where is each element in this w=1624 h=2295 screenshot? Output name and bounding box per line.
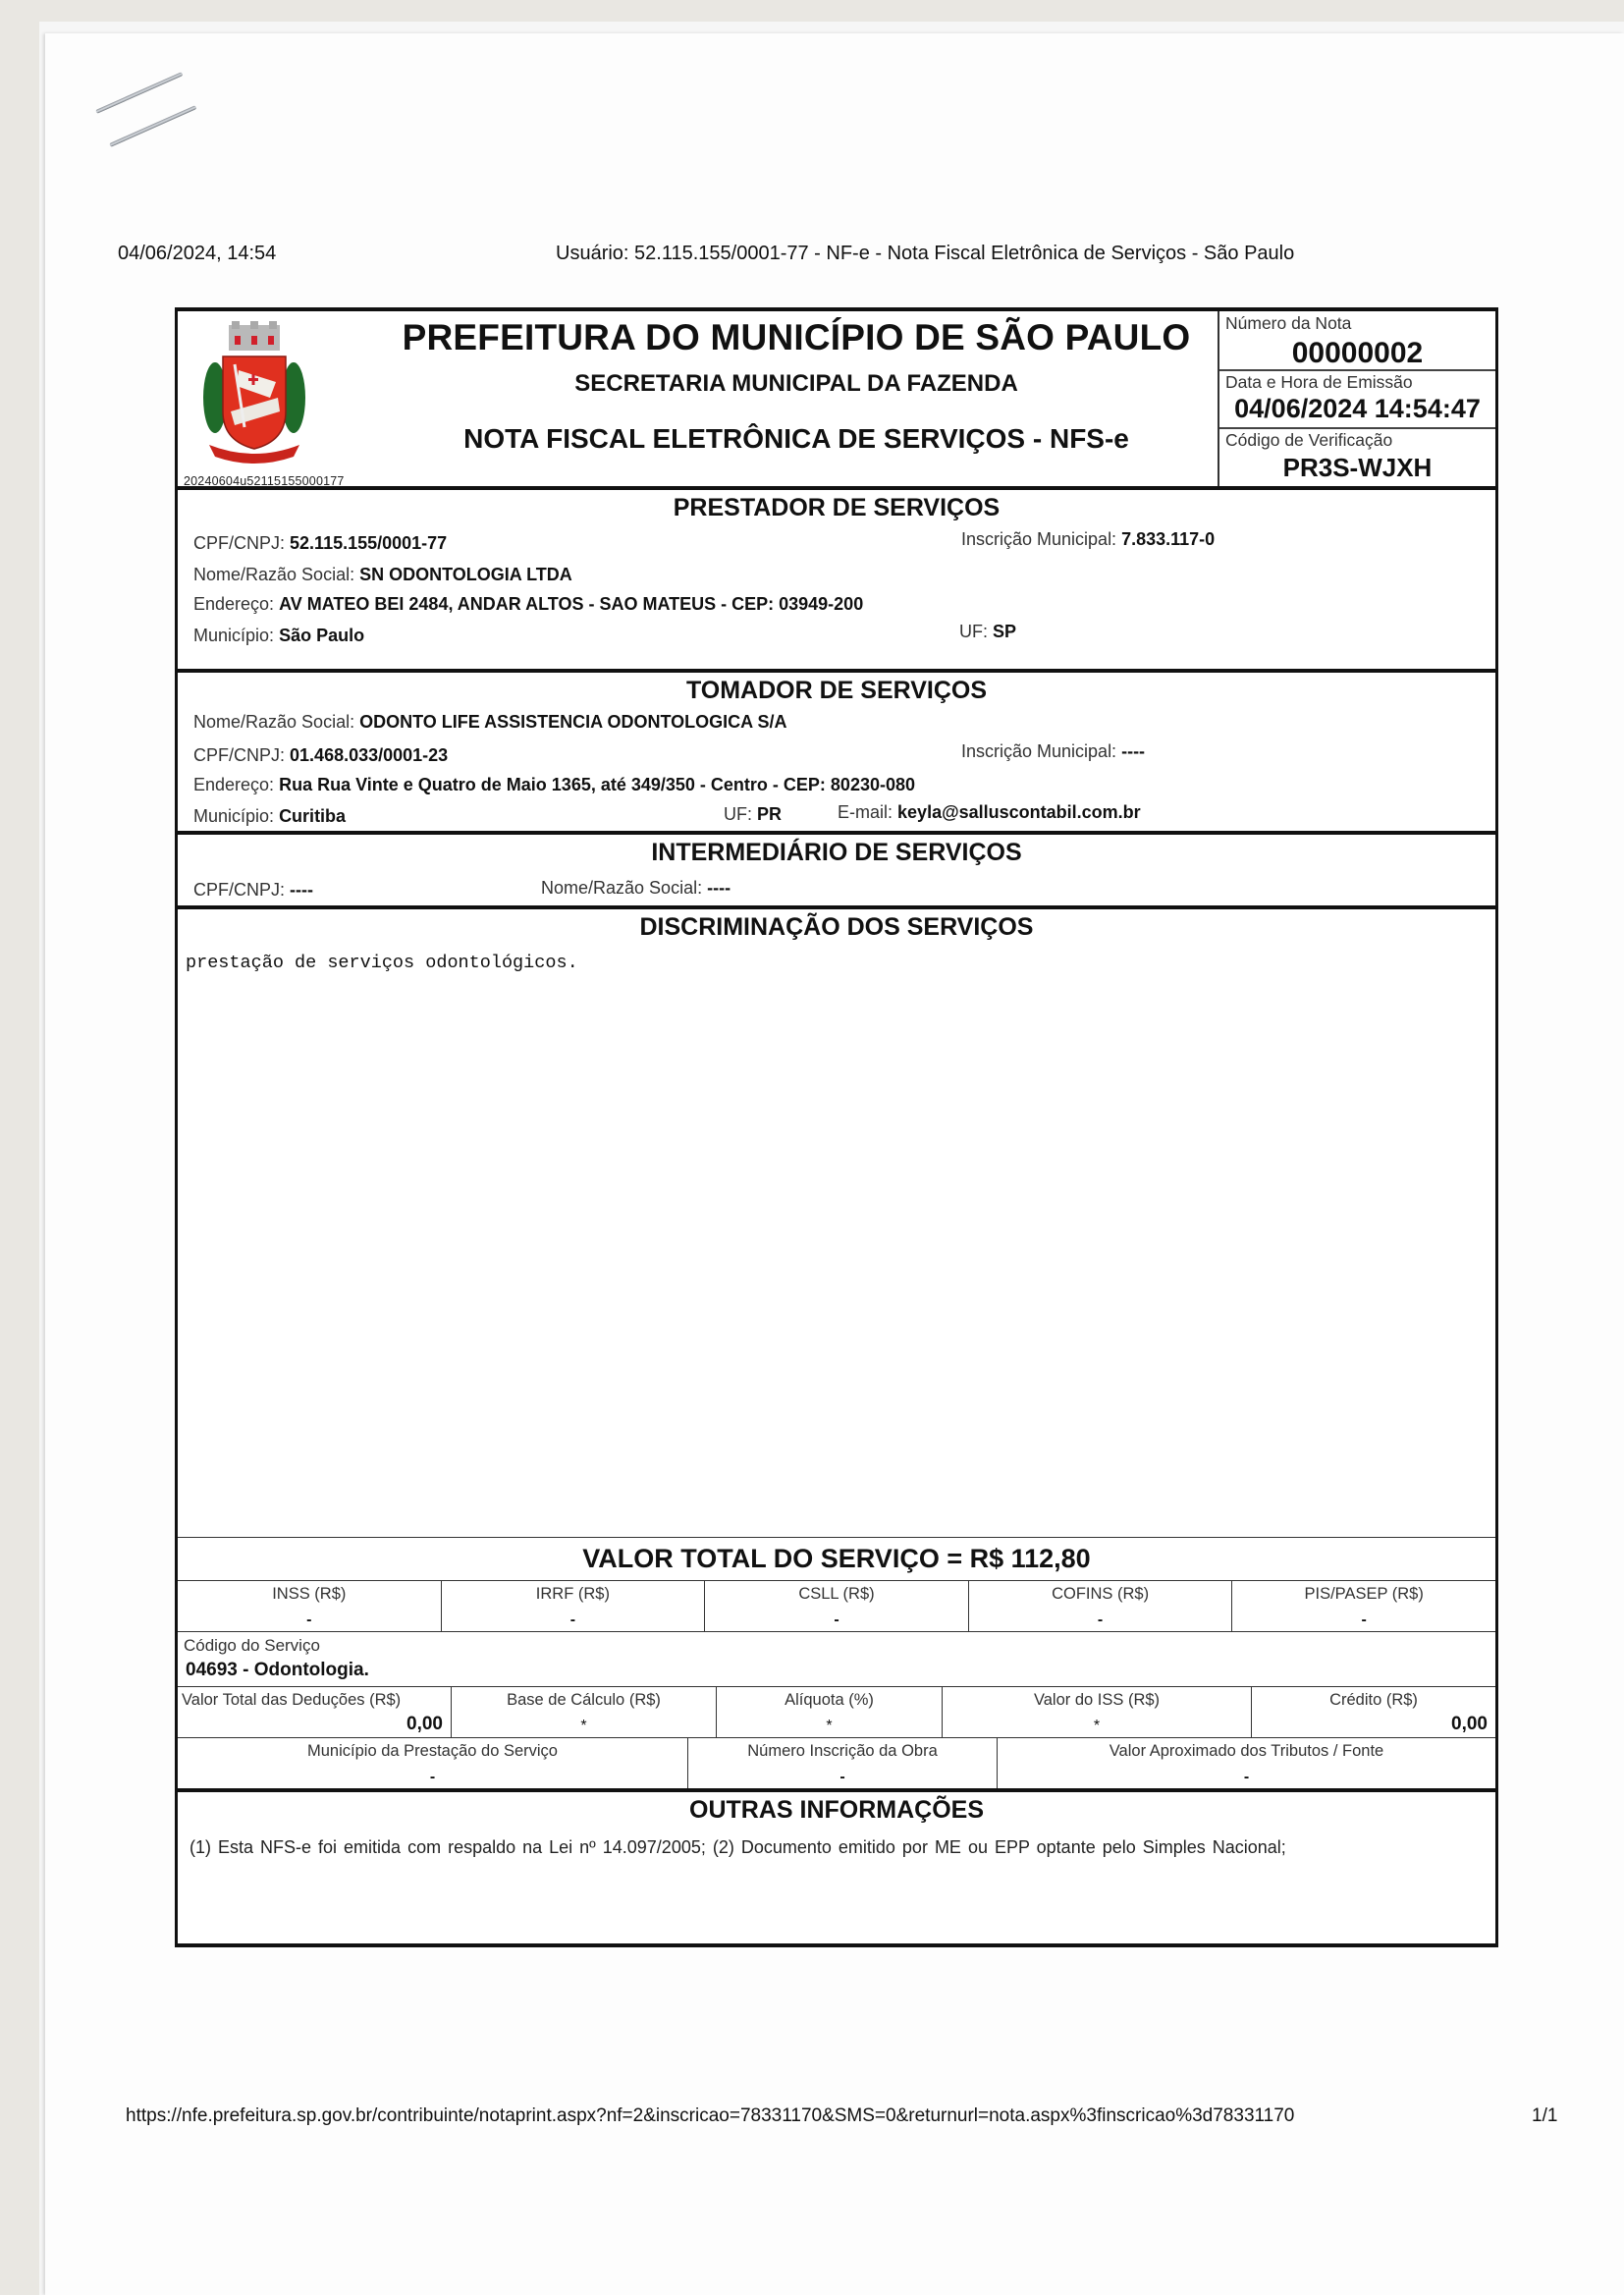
nota-info-box: Número da Nota 00000002 Data e Hora de E… xyxy=(1218,311,1495,486)
prestador-cnpj-label: CPF/CNPJ: xyxy=(193,533,285,553)
prestador-uf-label: UF: xyxy=(959,622,988,641)
calculo-row: Valor Total das Deduções (R$) 0,00 Base … xyxy=(178,1686,1495,1737)
emissao-label: Data e Hora de Emissão xyxy=(1219,372,1495,393)
outras-informacoes-title: OUTRAS INFORMAÇÕES xyxy=(178,1796,1495,1825)
tomador-im-label: Inscrição Municipal: xyxy=(961,741,1116,761)
tomador-title: TOMADOR DE SERVIÇOS xyxy=(178,677,1495,705)
tomador-endereco: Rua Rua Vinte e Quatro de Maio 1365, até… xyxy=(279,775,915,794)
aliquota-cell: Alíquota (%) * xyxy=(717,1687,943,1737)
codigo-servico-value: 04693 - Odontologia. xyxy=(186,1660,369,1681)
base-calculo-cell: Base de Cálculo (R$) * xyxy=(452,1687,717,1737)
numero-nota-label: Número da Nota xyxy=(1219,313,1495,334)
prestador-im-label: Inscrição Municipal: xyxy=(961,529,1116,549)
intermediario-title: INTERMEDIÁRIO DE SERVIÇOS xyxy=(178,839,1495,867)
codigo-servico-label: Código do Serviço xyxy=(184,1636,320,1656)
prestador-uf: SP xyxy=(993,622,1016,641)
prestador-im: 7.833.117-0 xyxy=(1121,529,1215,549)
prestador-nome-label: Nome/Razão Social: xyxy=(193,565,354,584)
emissao-value: 04/06/2024 14:54:47 xyxy=(1219,394,1495,424)
tomador-im: ---- xyxy=(1121,741,1145,761)
print-timestamp: 04/06/2024, 14:54 xyxy=(118,243,276,265)
cofins-cell: COFINS (R$) - xyxy=(969,1581,1233,1631)
valor-total-section: VALOR TOTAL DO SERVIÇO = R$ 112,80 xyxy=(178,1537,1495,1580)
credito-cell: Crédito (R$) 0,00 xyxy=(1252,1687,1495,1737)
nfse-title: NOTA FISCAL ELETRÔNICA DE SERVIÇOS - NFS… xyxy=(364,423,1228,455)
discriminacao-section: DISCRIMINAÇÃO DOS SERVIÇOS prestação de … xyxy=(178,905,1495,1537)
retencoes-row: INSS (R$) - IRRF (R$) - CSLL (R$) - COFI… xyxy=(178,1580,1495,1631)
tributos-cell: Valor Aproximado dos Tributos / Fonte - xyxy=(998,1738,1495,1788)
tomador-nome: ODONTO LIFE ASSISTENCIA ODONTOLOGICA S/A xyxy=(359,712,786,732)
tomador-uf: PR xyxy=(757,804,782,824)
prestador-cnpj: 52.115.155/0001-77 xyxy=(290,533,447,553)
nota-header: 20240604u52115155000177 PREFEITURA DO MU… xyxy=(178,311,1495,486)
nfse-document: 20240604u52115155000177 PREFEITURA DO MU… xyxy=(175,307,1498,1947)
prestador-endereco-label: Endereço: xyxy=(193,594,274,614)
discriminacao-text: prestação de serviços odontológicos. xyxy=(186,953,578,973)
print-title: Usuário: 52.115.155/0001-77 - NF-e - Not… xyxy=(556,243,1294,265)
print-url: https://nfe.prefeitura.sp.gov.br/contrib… xyxy=(126,2105,1294,2127)
tomador-section: TOMADOR DE SERVIÇOS Nome/Razão Social: O… xyxy=(178,669,1495,831)
outras-informacoes-text: (1) Esta NFS-e foi emitida com respaldo … xyxy=(189,1835,1417,1859)
intermediario-nome: ---- xyxy=(707,878,731,898)
tomador-municipio: Curitiba xyxy=(279,806,346,826)
codigo-servico-section: Código do Serviço 04693 - Odontologia. xyxy=(178,1631,1495,1686)
discriminacao-title: DISCRIMINAÇÃO DOS SERVIÇOS xyxy=(178,913,1495,942)
outras-informacoes-section: OUTRAS INFORMAÇÕES (1) Esta NFS-e foi em… xyxy=(178,1788,1495,1943)
intermediario-cnpj: ---- xyxy=(290,880,313,900)
tomador-cnpj: 01.468.033/0001-23 xyxy=(290,745,448,765)
tomador-email-label: E-mail: xyxy=(838,802,893,822)
prefeitura-title: PREFEITURA DO MUNICÍPIO DE SÃO PAULO xyxy=(364,317,1228,358)
municipio-prestacao-cell: Município da Prestação do Serviço - xyxy=(178,1738,688,1788)
tomador-nome-label: Nome/Razão Social: xyxy=(193,712,354,732)
intermediario-nome-label: Nome/Razão Social: xyxy=(541,878,702,898)
irrf-cell: IRRF (R$) - xyxy=(442,1581,706,1631)
prestador-nome: SN ODONTOLOGIA LTDA xyxy=(359,565,572,584)
numero-nota-value: 00000002 xyxy=(1219,337,1495,370)
verificacao-value: PR3S-WJXH xyxy=(1219,453,1495,483)
pis-pasep-cell: PIS/PASEP (R$) - xyxy=(1232,1581,1495,1631)
inss-cell: INSS (R$) - xyxy=(178,1581,442,1631)
coat-of-arms-icon xyxy=(199,321,309,466)
tomador-endereco-label: Endereço: xyxy=(193,775,274,794)
deducoes-cell: Valor Total das Deduções (R$) 0,00 xyxy=(178,1687,452,1737)
inscricao-obra-cell: Número Inscrição da Obra - xyxy=(688,1738,998,1788)
intermediario-section: INTERMEDIÁRIO DE SERVIÇOS CPF/CNPJ: ----… xyxy=(178,831,1495,905)
csll-cell: CSLL (R$) - xyxy=(705,1581,969,1631)
tomador-cnpj-label: CPF/CNPJ: xyxy=(193,745,285,765)
valor-iss-cell: Valor do ISS (R$) * xyxy=(943,1687,1252,1737)
prestador-title: PRESTADOR DE SERVIÇOS xyxy=(178,494,1495,522)
tomador-uf-label: UF: xyxy=(724,804,752,824)
obra-row: Município da Prestação do Serviço - Núme… xyxy=(178,1737,1495,1788)
secretaria-subtitle: SECRETARIA MUNICIPAL DA FAZENDA xyxy=(364,370,1228,398)
verificacao-label: Código de Verificação xyxy=(1219,430,1495,451)
valor-total: VALOR TOTAL DO SERVIÇO = R$ 112,80 xyxy=(178,1544,1495,1574)
prestador-section: PRESTADOR DE SERVIÇOS CPF/CNPJ: 52.115.1… xyxy=(178,486,1495,669)
print-page-number: 1/1 xyxy=(1532,2105,1557,2127)
prestador-municipio: São Paulo xyxy=(279,626,364,645)
prestador-municipio-label: Município: xyxy=(193,626,274,645)
tomador-email: keyla@salluscontabil.com.br xyxy=(897,802,1141,822)
prestador-endereco: AV MATEO BEI 2484, ANDAR ALTOS - SAO MAT… xyxy=(279,594,863,614)
intermediario-cnpj-label: CPF/CNPJ: xyxy=(193,880,285,900)
tomador-municipio-label: Município: xyxy=(193,806,274,826)
